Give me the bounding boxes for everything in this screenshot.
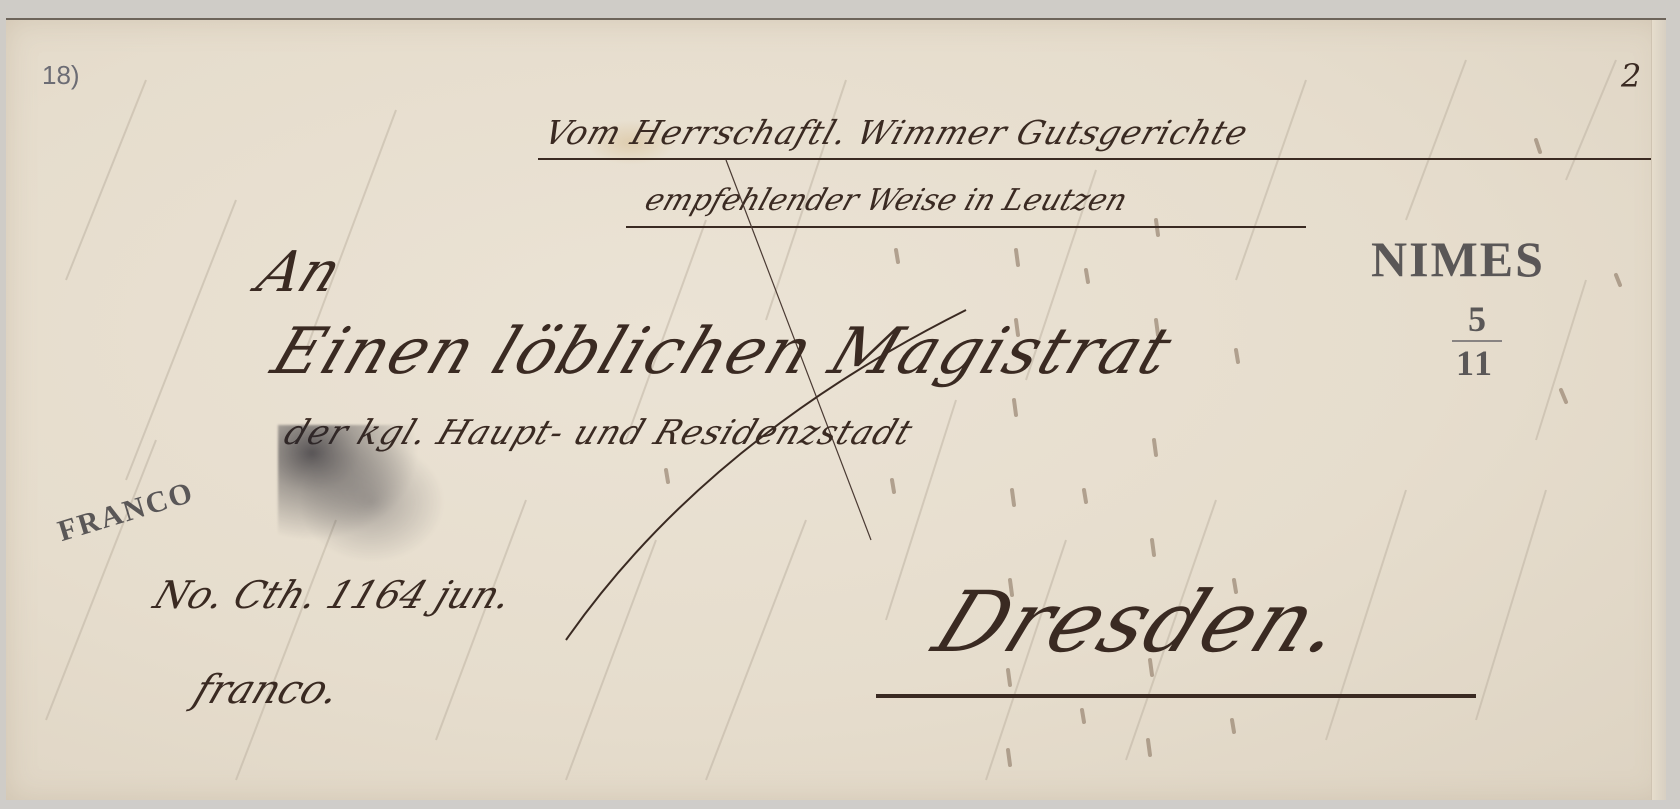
ink-smudge-cancel xyxy=(278,425,448,565)
salutation: An xyxy=(250,245,349,301)
reference-line: No. Cth. 1164 jun. xyxy=(149,576,517,614)
addressee-line-1: Einen löblichen Magistrat xyxy=(264,320,1181,384)
letter-cover: 18) 2 Vom Herrschaftl. Wimmer Gutsgerich… xyxy=(6,18,1666,802)
archive-number: 18) xyxy=(42,60,80,91)
destination-underline xyxy=(876,694,1476,698)
franking-note: franco. xyxy=(189,670,346,710)
postmark-date-month: 11 xyxy=(1456,342,1494,384)
scan-bottom-margin xyxy=(0,800,1680,809)
destination-city: Dresden. xyxy=(924,580,1359,664)
sender-line-2: empfehlender Weise in Leutzen xyxy=(641,186,1131,216)
postmark-franco: FRANCO xyxy=(54,475,198,549)
postmark-date-day: 5 xyxy=(1468,298,1488,340)
sender-underline-2 xyxy=(626,226,1306,228)
postmark-town: NIMES xyxy=(1371,230,1545,288)
paper-fold-edge xyxy=(1651,20,1666,802)
sender-underline-1 xyxy=(538,158,1658,160)
corner-numeral: 2 xyxy=(1621,60,1641,92)
sender-line-1: Vom Herrschaftl. Wimmer Gutsgerichte xyxy=(541,116,1253,149)
